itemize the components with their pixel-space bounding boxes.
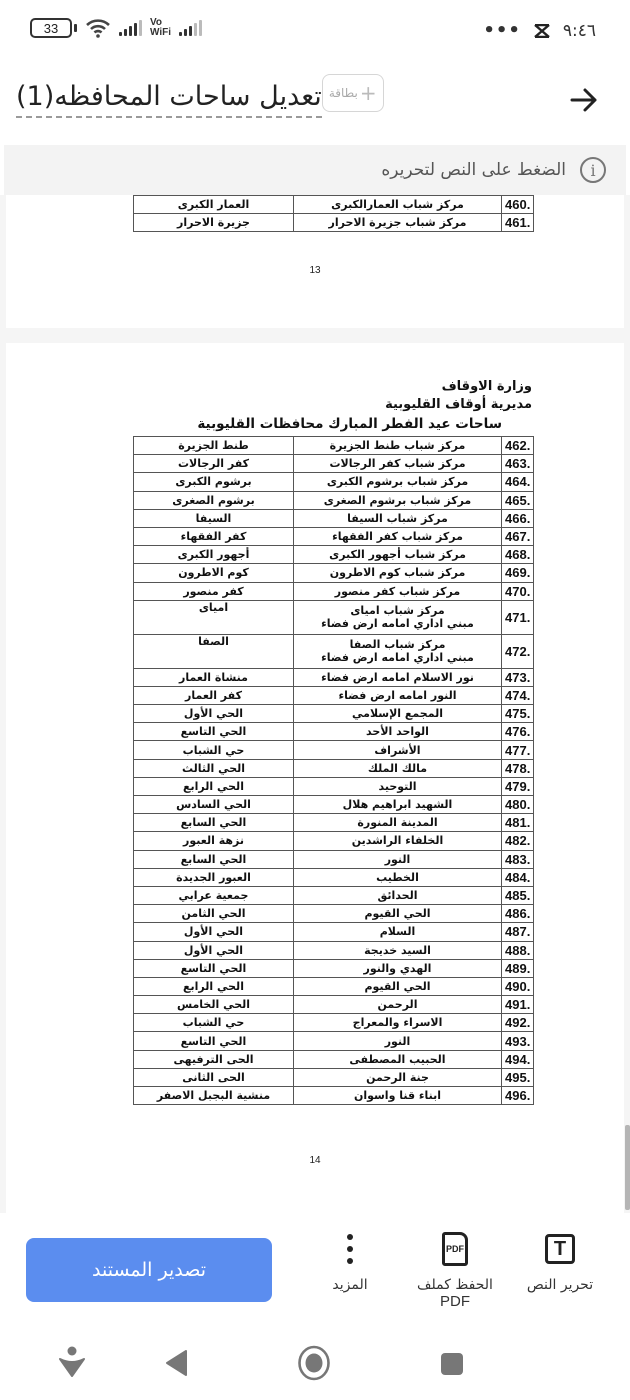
row-name[interactable]: مركز شباب كفر الفقهاء [294, 527, 502, 545]
table-row: 470.مركز شباب كفر منصوركفر منصور [134, 582, 534, 600]
row-number: 484. [502, 868, 534, 886]
table-row: 477.الأشرافحي الشباب [134, 741, 534, 759]
row-name[interactable]: مركز شباب الصفامبني اداري امامه ارض فضاء [294, 634, 502, 668]
row-area[interactable]: الحي التاسع [134, 723, 294, 741]
overflow-dots-icon: ••• [483, 20, 521, 41]
page14-table: 462.مركز شباب طنط الجزيرةطنط الجزيرة463.… [133, 436, 534, 1105]
row-name[interactable]: الرحمن [294, 996, 502, 1014]
row-number: 488. [502, 941, 534, 959]
arrow-right-icon[interactable] [568, 84, 600, 116]
row-area[interactable]: العمار الكبرى [134, 196, 294, 214]
wifi-icon [85, 18, 111, 38]
save-pdf-label-2: PDF [440, 1293, 470, 1310]
row-area[interactable]: برشوم الكبرى [134, 473, 294, 491]
row-number: 472. [502, 634, 534, 668]
table-row: 469.مركز شباب كوم الاطرونكوم الاطرون [134, 564, 534, 582]
card-chip-label: بطاقة [329, 86, 358, 100]
plus-icon: + [360, 83, 377, 103]
table-row: 483.النورالحي السابع [134, 850, 534, 868]
info-text: الضغط على النص لتحريره [381, 160, 566, 180]
title-wrap: تعديل ساحات المحافظه(1) بطاقة + [16, 80, 384, 118]
row-name-line1: مركز شباب امياى [297, 604, 498, 617]
row-area[interactable]: الحي التاسع [134, 959, 294, 977]
row-name[interactable]: الحي القيوم [294, 977, 502, 995]
row-name[interactable]: الحبيب المصطفى [294, 1050, 502, 1068]
row-number: 463. [502, 455, 534, 473]
more-label: المزيد [332, 1277, 367, 1293]
row-number: 478. [502, 759, 534, 777]
row-number: 483. [502, 850, 534, 868]
row-area[interactable]: كوم الاطرون [134, 564, 294, 582]
page-number: 13 [6, 265, 624, 276]
row-name[interactable]: مركز شباب السيفا [294, 509, 502, 527]
row-area[interactable]: كفر الفقهاء [134, 527, 294, 545]
row-area[interactable]: الحي الأول [134, 941, 294, 959]
row-name[interactable]: الواحد الأحد [294, 723, 502, 741]
app-bar: تعديل ساحات المحافظه(1) بطاقة + [0, 64, 630, 142]
row-number: 494. [502, 1050, 534, 1068]
recents-nav-icon[interactable] [439, 1351, 465, 1377]
row-number: 473. [502, 668, 534, 686]
row-name[interactable]: جنة الرحمن [294, 1068, 502, 1086]
row-name[interactable]: ابناء قنا واسوان [294, 1087, 502, 1105]
row-number: 481. [502, 814, 534, 832]
header-ministry[interactable]: وزارة الاوقاف [442, 379, 532, 394]
row-area[interactable]: الحي الأول [134, 705, 294, 723]
page13-table: 460. مركز شباب العمارالكبرى العمار الكبر… [133, 195, 534, 232]
table-row: 484.الخطيبالعبور الجديدة [134, 868, 534, 886]
row-name[interactable]: الاسراء والمعراج [294, 1014, 502, 1032]
row-number: 485. [502, 886, 534, 904]
row-number: 480. [502, 796, 534, 814]
document-viewer[interactable]: 460. مركز شباب العمارالكبرى العمار الكبر… [0, 195, 630, 1213]
header-directorate[interactable]: مديرية أوقاف القليوبية [385, 397, 532, 412]
row-name[interactable]: مالك الملك [294, 759, 502, 777]
row-area[interactable]: طنط الجزيرة [134, 437, 294, 455]
status-icons-left: 33 Vo WiFi [30, 18, 202, 38]
scrollbar[interactable] [625, 1125, 630, 1210]
row-name[interactable]: النور [294, 850, 502, 868]
table-row: 463.مركز شباب كفر الرجالاتكفر الرجالات [134, 455, 534, 473]
save-as-pdf-button[interactable]: PDF الحفظ كملف PDF [410, 1231, 500, 1310]
row-number: 493. [502, 1032, 534, 1050]
row-area[interactable]: امياى [134, 600, 294, 634]
row-area[interactable]: كفر العمار [134, 686, 294, 704]
table-row: 489.الهدي والنورالحي التاسع [134, 959, 534, 977]
save-pdf-label: الحفظ كملف [417, 1277, 493, 1293]
row-name[interactable]: الخطيب [294, 868, 502, 886]
text-edit-icon: T [545, 1234, 575, 1264]
row-area[interactable]: الحي الأول [134, 923, 294, 941]
row-name[interactable]: الحدائق [294, 886, 502, 904]
row-number: 464. [502, 473, 534, 491]
table-row: 486.الحي القيومالحي الثامن [134, 905, 534, 923]
row-name-line2: مبني اداري امامه ارض فضاء [297, 651, 498, 664]
row-number: 461. [502, 214, 534, 232]
table-row: 480.الشهيد ابراهيم هلالالحي السادس [134, 796, 534, 814]
row-area[interactable]: الحي الرابع [134, 977, 294, 995]
row-number: 476. [502, 723, 534, 741]
row-number: 474. [502, 686, 534, 704]
row-name[interactable]: نور الاسلام امامه ارض فضاء [294, 668, 502, 686]
capcut-icon [533, 24, 551, 38]
row-area[interactable]: برشوم الصغرى [134, 491, 294, 509]
more-vert-icon [347, 1234, 353, 1264]
row-area[interactable]: حي الشباب [134, 741, 294, 759]
row-area[interactable]: الحي الرابع [134, 777, 294, 795]
row-name[interactable]: مركز شباب أجهور الكبرى [294, 546, 502, 564]
table-row: 485.الحدائقجمعية عرابي [134, 886, 534, 904]
row-area[interactable]: أجهور الكبرى [134, 546, 294, 564]
row-number: 492. [502, 1014, 534, 1032]
row-number: 475. [502, 705, 534, 723]
signal-icon-2 [179, 20, 202, 36]
row-name[interactable]: الخلفاء الراشدين [294, 832, 502, 850]
row-area[interactable]: حي الشباب [134, 1014, 294, 1032]
document-title[interactable]: تعديل ساحات المحافظه(1) [16, 81, 322, 118]
row-number: 482. [502, 832, 534, 850]
row-name[interactable]: مركز شباب العمارالكبرى [294, 196, 502, 214]
edit-text-label: تحرير النص [527, 1277, 593, 1293]
table-row: 460. مركز شباب العمارالكبرى العمار الكبر… [134, 196, 534, 214]
row-name[interactable]: مركز شباب امياىمبني اداري امامه ارض فضاء [294, 600, 502, 634]
row-number: 487. [502, 923, 534, 941]
table-row: 468.مركز شباب أجهور الكبرىأجهور الكبرى [134, 546, 534, 564]
row-name[interactable]: النور [294, 1032, 502, 1050]
info-banner: الضغط على النص لتحريره i [4, 145, 626, 195]
pdf-file-icon: PDF [442, 1232, 468, 1266]
table-row: 465.مركز شباب برشوم الصغرىبرشوم الصغرى [134, 491, 534, 509]
row-area[interactable]: جزيرة الاحرار [134, 214, 294, 232]
table-row: 461. مركز شباب جزيرة الاحرار جزيرة الاحر… [134, 214, 534, 232]
row-name[interactable]: السيد خديجة [294, 941, 502, 959]
row-name[interactable]: النور امامه ارض فضاء [294, 686, 502, 704]
row-name[interactable]: مركز شباب كوم الاطرون [294, 564, 502, 582]
row-name[interactable]: الشهيد ابراهيم هلال [294, 796, 502, 814]
row-name[interactable]: الحي القيوم [294, 905, 502, 923]
row-area[interactable]: الحي السابع [134, 850, 294, 868]
row-number: 470. [502, 582, 534, 600]
table-row: 464.مركز شباب برشوم الكبرىبرشوم الكبرى [134, 473, 534, 491]
row-number: 486. [502, 905, 534, 923]
row-name[interactable]: المدينة المنورة [294, 814, 502, 832]
table-row: 473.نور الاسلام امامه ارض فضاءمنشاة العم… [134, 668, 534, 686]
status-icons-right: ••• ٩:٤٦ [483, 20, 596, 41]
row-area[interactable]: منشاة العمار [134, 668, 294, 686]
table-row: 478.مالك الملكالحي الثالث [134, 759, 534, 777]
row-name[interactable]: مركز شباب كفر الرجالات [294, 455, 502, 473]
status-bar: 33 Vo WiFi ••• ٩:٤٦ [0, 0, 630, 64]
more-button[interactable]: المزيد [318, 1231, 382, 1293]
row-name-line1: مركز شباب الصفا [297, 638, 498, 651]
row-area[interactable]: كفر الرجالات [134, 455, 294, 473]
row-area[interactable]: الحى الترفيهى [134, 1050, 294, 1068]
row-area[interactable]: الحى الثانى [134, 1068, 294, 1086]
row-area[interactable]: الحي الخامس [134, 996, 294, 1014]
battery-nub [74, 24, 77, 32]
row-number: 465. [502, 491, 534, 509]
row-area[interactable]: السيفا [134, 509, 294, 527]
table-row: 493.النورالحي التاسع [134, 1032, 534, 1050]
back-nav-icon[interactable] [164, 1349, 190, 1377]
edit-text-button[interactable]: T تحرير النص [518, 1231, 602, 1293]
row-area[interactable]: جمعية عرابي [134, 886, 294, 904]
row-number: 460. [502, 196, 534, 214]
row-number: 468. [502, 546, 534, 564]
row-name[interactable]: السلام [294, 923, 502, 941]
row-name-line2: مبني اداري امامه ارض فضاء [297, 617, 498, 630]
row-number: 496. [502, 1087, 534, 1105]
row-number: 495. [502, 1068, 534, 1086]
row-area[interactable]: نزهة العبور [134, 832, 294, 850]
row-number: 467. [502, 527, 534, 545]
table-row: 481.المدينة المنورةالحي السابع [134, 814, 534, 832]
row-area[interactable]: الحي التاسع [134, 1032, 294, 1050]
row-number: 490. [502, 977, 534, 995]
document-page-14[interactable]: وزارة الاوقاف مديرية أوقاف القليوبية ساح… [6, 343, 624, 1213]
table-row: 487.السلامالحي الأول [134, 923, 534, 941]
table-row: 496.ابناء قنا واسوانمنشية البجبل الاصفر [134, 1087, 534, 1105]
row-area[interactable]: الصفا [134, 634, 294, 668]
table-row: 495.جنة الرحمنالحى الثانى [134, 1068, 534, 1086]
table-row: 492.الاسراء والمعراجحي الشباب [134, 1014, 534, 1032]
table-row: 475.المجمع الإسلاميالحي الأول [134, 705, 534, 723]
row-number: 462. [502, 437, 534, 455]
page-number: 14 [6, 1155, 624, 1166]
signal-icon-1 [119, 20, 142, 36]
clock: ٩:٤٦ [563, 21, 596, 41]
row-name[interactable]: مركز شباب برشوم الكبرى [294, 473, 502, 491]
row-area[interactable]: الحي الثالث [134, 759, 294, 777]
row-name[interactable]: الهدي والنور [294, 959, 502, 977]
table-row: 494.الحبيب المصطفىالحى الترفيهى [134, 1050, 534, 1068]
info-icon: i [580, 157, 606, 183]
row-name[interactable]: مركز شباب كفر منصور [294, 582, 502, 600]
table-row: 476.الواحد الأحدالحي التاسع [134, 723, 534, 741]
bottom-toolbar: تصدير المستند المزيد PDF الحفظ كملف PDF … [0, 1213, 630, 1323]
row-number: 479. [502, 777, 534, 795]
row-name[interactable]: المجمع الإسلامي [294, 705, 502, 723]
battery-icon: 33 [30, 18, 72, 38]
row-name[interactable]: مركز شباب طنط الجزيرة [294, 437, 502, 455]
add-card-chip[interactable]: بطاقة + [322, 74, 384, 112]
row-area[interactable]: الحي السادس [134, 796, 294, 814]
table-row: 462.مركز شباب طنط الجزيرةطنط الجزيرة [134, 437, 534, 455]
table-row: 474.النور امامه ارض فضاءكفر العمار [134, 686, 534, 704]
accessibility-icon[interactable] [58, 1345, 86, 1379]
table-row: 471.مركز شباب امياىمبني اداري امامه ارض … [134, 600, 534, 634]
document-page-13[interactable]: 460. مركز شباب العمارالكبرى العمار الكبر… [6, 195, 624, 328]
row-name[interactable]: التوحيد [294, 777, 502, 795]
row-area[interactable]: كفر منصور [134, 582, 294, 600]
table-row: 467.مركز شباب كفر الفقهاءكفر الفقهاء [134, 527, 534, 545]
table-row: 466.مركز شباب السيفاالسيفا [134, 509, 534, 527]
row-area[interactable]: الحي السابع [134, 814, 294, 832]
table-row: 491.الرحمنالحي الخامس [134, 996, 534, 1014]
row-number: 491. [502, 996, 534, 1014]
row-name[interactable]: مركز شباب برشوم الصغرى [294, 491, 502, 509]
export-document-button[interactable]: تصدير المستند [26, 1238, 272, 1302]
row-number: 469. [502, 564, 534, 582]
table-row: 479.التوحيدالحي الرابع [134, 777, 534, 795]
table-row: 488.السيد خديجةالحي الأول [134, 941, 534, 959]
table-row: 482.الخلفاء الراشديننزهة العبور [134, 832, 534, 850]
row-name[interactable]: الأشراف [294, 741, 502, 759]
row-name[interactable]: مركز شباب جزيرة الاحرار [294, 214, 502, 232]
home-nav-icon[interactable] [297, 1345, 331, 1381]
navigation-bar [0, 1323, 630, 1400]
table-row: 490.الحي القيومالحي الرابع [134, 977, 534, 995]
row-number: 471. [502, 600, 534, 634]
row-number: 477. [502, 741, 534, 759]
row-area[interactable]: العبور الجديدة [134, 868, 294, 886]
row-number: 466. [502, 509, 534, 527]
row-area[interactable]: الحي الثامن [134, 905, 294, 923]
vowifi-icon: Vo WiFi [150, 18, 171, 38]
row-area[interactable]: منشية البجبل الاصفر [134, 1087, 294, 1105]
row-number: 489. [502, 959, 534, 977]
table-row: 472.مركز شباب الصفامبني اداري امامه ارض … [134, 634, 534, 668]
battery-level: 33 [44, 21, 58, 36]
header-table-title[interactable]: ساحات عيد الفطر المبارك محافظات القليوبي… [197, 416, 502, 432]
